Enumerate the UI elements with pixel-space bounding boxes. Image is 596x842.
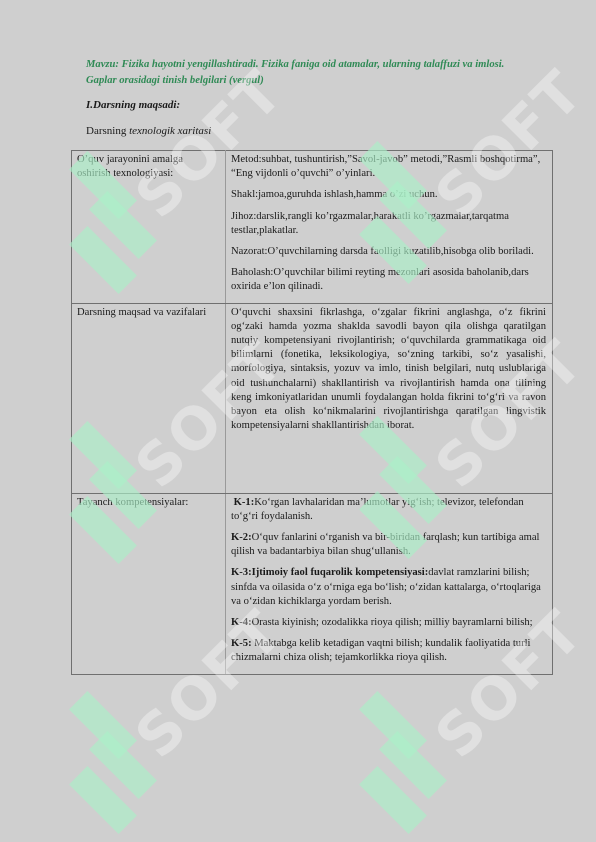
competency-k2: K-2:O‘quv fanlarini o‘rganish va bir-bir… bbox=[231, 531, 546, 559]
competency-code: K-2: bbox=[231, 532, 252, 543]
row-label: O’quv jarayonini amalga oshirish texnolo… bbox=[72, 151, 226, 304]
lesson-topic: Mavzu: Fizika hayotni yengillashtiradi. … bbox=[86, 57, 536, 88]
document-page: Mavzu: Fizika hayotni yengillashtiradi. … bbox=[0, 0, 596, 842]
row-content: Metod:suhbat, tushuntirish,”Savol-javob”… bbox=[226, 151, 553, 304]
assessment-text: Baholash:O’quvchilar bilimi reyting mezo… bbox=[231, 266, 546, 294]
competency-text: Orasta kiyinish; ozodalikka rioya qilish… bbox=[252, 617, 533, 628]
row-label: Tayanch kompetensiyalar: bbox=[72, 493, 226, 674]
lesson-plan-table: O’quv jarayonini amalga oshirish texnolo… bbox=[71, 150, 553, 675]
table-row: O’quv jarayonini amalga oshirish texnolo… bbox=[72, 151, 553, 304]
competency-code: K-3:Ijtimoiy faol fuqarolik kompetensiya… bbox=[231, 567, 428, 578]
row-label: Darsning maqsad va vazifalari bbox=[72, 303, 226, 493]
table-row: Darsning maqsad va vazifalari O‘quvchi s… bbox=[72, 303, 553, 493]
form-text: Shakl:jamoa,guruhda ishlash,hamma o’zi u… bbox=[231, 188, 546, 202]
competency-code: K-4: bbox=[231, 617, 252, 628]
competency-code: K-1: bbox=[234, 497, 255, 508]
caption-italic: texnologik xaritasi bbox=[129, 125, 211, 137]
row-content: K-1:Ko‘rgan lavhalaridan ma’lumotlar yig… bbox=[226, 493, 553, 674]
table-row: Tayanch kompetensiyalar: K-1:Ko‘rgan lav… bbox=[72, 493, 553, 674]
equipment-text: Jihoz:darslik,rangli ko’rgazmalar,haraka… bbox=[231, 210, 546, 238]
competency-text: O‘quv fanlarini o‘rganish va bir-biridan… bbox=[231, 532, 539, 557]
caption-plain: Darsning bbox=[86, 125, 129, 137]
table-caption: Darsning texnologik xaritasi bbox=[86, 125, 211, 137]
competency-k5: K-5: Maktabga kelib ketadigan vaqtni bil… bbox=[231, 637, 546, 665]
goals-text: O‘quvchi shaxsini fikrlashga, o‘zgalar f… bbox=[231, 306, 546, 434]
control-text: Nazorat:O’quvchilarning darsda faolligi … bbox=[231, 245, 546, 259]
competency-text: Maktabga kelib ketadigan vaqtni bilish; … bbox=[231, 638, 531, 663]
competency-k4: K-4:Orasta kiyinish; ozodalikka rioya qi… bbox=[231, 616, 546, 630]
method-text: Metod:suhbat, tushuntirish,”Savol-javob”… bbox=[231, 153, 546, 181]
competency-k3: K-3:Ijtimoiy faol fuqarolik kompetensiya… bbox=[231, 566, 546, 609]
row-content: O‘quvchi shaxsini fikrlashga, o‘zgalar f… bbox=[226, 303, 553, 493]
section-heading: I.Darsning maqsadi: bbox=[86, 99, 180, 111]
competency-k1: K-1:Ko‘rgan lavhalaridan ma’lumotlar yig… bbox=[231, 496, 546, 524]
competency-text: Ko‘rgan lavhalaridan ma’lumotlar yig‘ish… bbox=[231, 497, 524, 522]
competency-code: K-5: bbox=[231, 638, 252, 649]
